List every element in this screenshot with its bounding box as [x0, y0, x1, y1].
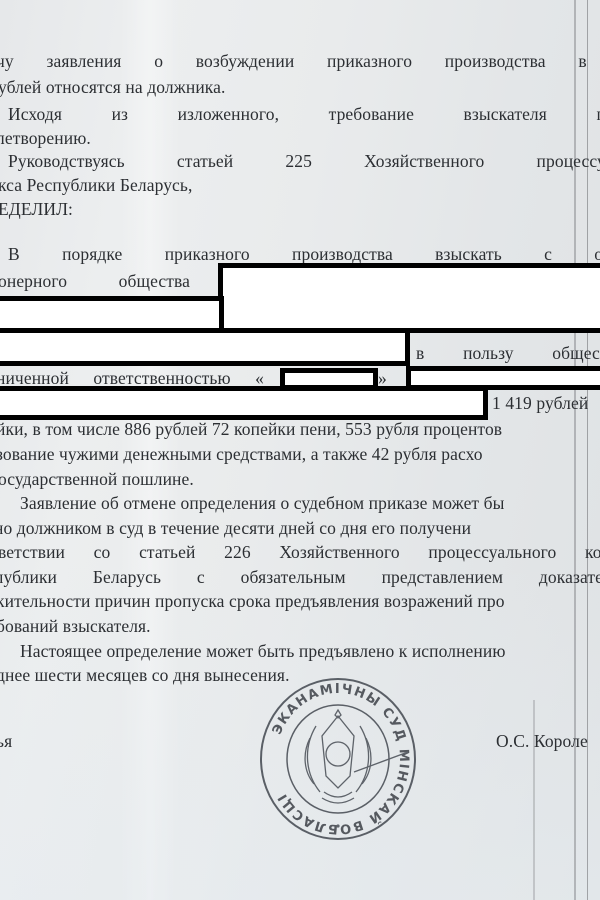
word: Исходя [8, 103, 62, 125]
judge-name: О.С. Короле [496, 730, 588, 752]
ruling-line-9: осударственной пошлине. [0, 468, 194, 490]
word: процессуальн [537, 150, 600, 172]
ruling-heading: ЕДЕЛИЛ: [0, 198, 73, 220]
enforcement-line-2: днее шести месяцев со дня вынесения. [0, 664, 290, 686]
word: с [197, 566, 205, 588]
cancellation-line-1: Заявление об отмене определения о судебн… [20, 492, 505, 514]
word: возбуждении [196, 50, 295, 72]
enforcement-line-1: Настоящее определение может быть предъяв… [20, 640, 506, 662]
paragraph-1-line-1: чу заявления о возбуждении приказного пр… [0, 50, 600, 72]
word: обществ [552, 342, 600, 364]
paragraph-2-line-2: летворению. [0, 127, 91, 149]
amount-total: 1 419 рублей [492, 392, 588, 414]
word: подле [596, 103, 600, 125]
word: с [544, 243, 552, 265]
word: Хозяйственного [364, 150, 484, 172]
cancellation-line-2: но должником в суд в течение десяти дней… [0, 517, 471, 539]
paragraph-3-line-1: Руководствуясь статьей 225 Хозяйственног… [8, 150, 600, 172]
judge-title: ья [0, 730, 12, 752]
word: Беларусь [93, 566, 161, 588]
word: Хозяйственного [279, 541, 399, 563]
cancellation-line-6: бований взыскателя. [0, 615, 151, 637]
word: изложенного, [178, 103, 280, 125]
word: о [154, 50, 163, 72]
paragraph-1-line-2: ублей относятся на должника. [0, 76, 225, 98]
ruling-line-7: йки, в том числе 886 рублей 72 копейки п… [0, 418, 502, 440]
word: чу [0, 50, 14, 72]
word: Руководствуясь [8, 150, 125, 172]
redaction-box-debtor-name [218, 263, 600, 333]
ruling-line-8: зование чужими денежными средствами, а т… [0, 443, 483, 465]
court-stamp-icon: ЭКАНАМІЧНЫ СУД МІНСКАЙ ВОБЛАСЦІ [258, 676, 418, 842]
ruling-line-2: онерного общества [0, 270, 190, 292]
word: порядке [62, 243, 122, 265]
word: заявления [47, 50, 122, 72]
word: публики [0, 566, 57, 588]
word: из [112, 103, 128, 125]
word: обязательным [241, 566, 346, 588]
paper-fold-line [587, 0, 588, 900]
word: в [416, 342, 424, 364]
paragraph-2-line-1: Исходя из изложенного, требование взыска… [8, 103, 600, 125]
word: приказного [165, 243, 250, 265]
word: откры [594, 243, 600, 265]
word: 225 [285, 150, 312, 172]
paper-fold-line [574, 0, 576, 900]
word: в [578, 50, 586, 72]
word: требование [329, 103, 414, 125]
word: ветствии [0, 541, 65, 563]
cancellation-line-3: ветствии со статьей 226 Хозяйственного п… [0, 541, 600, 563]
word: общества [119, 270, 190, 292]
word: онерного [0, 270, 67, 292]
ruling-line-4: в пользу обществ [416, 342, 600, 364]
word: представлением [382, 566, 503, 588]
word: доказатель [539, 566, 600, 588]
word: взыскателя [463, 103, 546, 125]
word: процессуального [428, 541, 556, 563]
paragraph-3-line-2: кса Республики Беларусь, [0, 174, 192, 196]
word: пользу [463, 342, 514, 364]
redaction-box-creditor-address [0, 386, 488, 420]
word: коде [585, 541, 600, 563]
word: взыскать [435, 243, 502, 265]
word: производства [292, 243, 393, 265]
word: со [94, 541, 111, 563]
ruling-line-1: В порядке приказного производства взыска… [8, 243, 600, 265]
word: производства [445, 50, 546, 72]
word: статьей [177, 150, 233, 172]
cancellation-line-4: публики Беларусь с обязательным представ… [0, 566, 600, 588]
word: В [8, 243, 20, 265]
word: приказного [327, 50, 412, 72]
word: статьей [139, 541, 195, 563]
cancellation-line-5: кительности причин пропуска срока предъя… [0, 590, 505, 612]
word: 226 [224, 541, 251, 563]
redaction-box-debtor-address [0, 328, 410, 366]
